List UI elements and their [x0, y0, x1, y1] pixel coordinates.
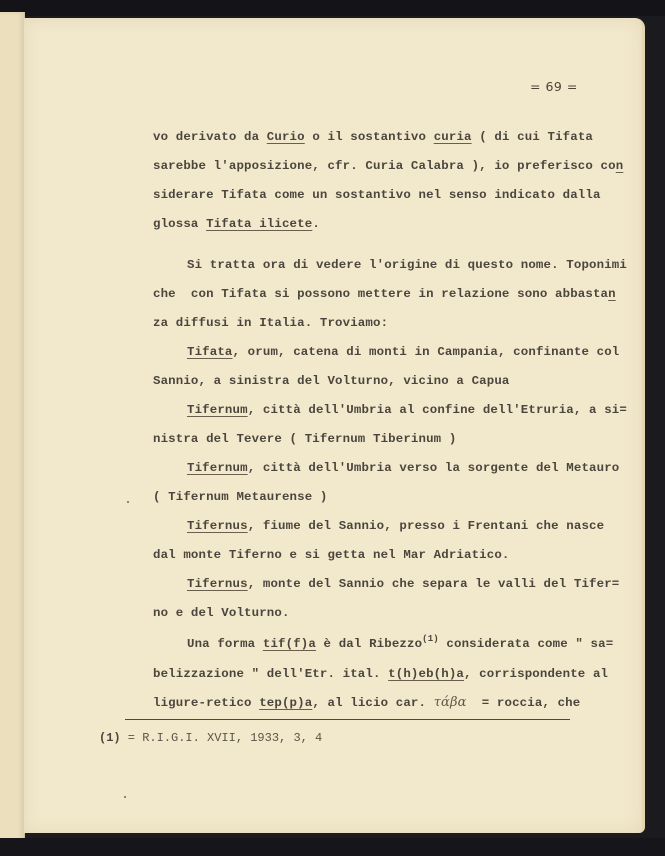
page-number: = 69 = — [530, 79, 578, 94]
scan-background-bottom — [0, 838, 665, 856]
paper-speck — [124, 796, 126, 798]
text-line: Tifernum, città dell'Umbria al confine d… — [187, 402, 627, 418]
scan-background-top — [0, 0, 665, 16]
text-line: Tifata, orum, catena di monti in Campani… — [187, 344, 619, 360]
text-span: . — [312, 217, 320, 231]
text-span: , fiume del Sannio, presso i Frentani ch… — [248, 519, 605, 533]
text-line: Tifernus, fiume del Sannio, presso i Fre… — [187, 518, 604, 534]
underlined-term-tifernus: Tifernus — [187, 519, 248, 533]
footnote-mark: (1) — [99, 731, 121, 745]
underlined-term-tiffa: tif(f)a — [263, 637, 316, 651]
text-span: che con Tifata si possono mettere in rel… — [153, 287, 608, 301]
facing-page-edge — [0, 12, 25, 844]
underlined-term-tifata: Tifata — [187, 345, 233, 359]
underlined-term-teppa: tep(p)a — [259, 696, 312, 710]
text-span: glossa — [153, 217, 206, 231]
underlined-term-thebha: t(h)eb(h)a — [388, 667, 464, 681]
text-span: , corrispondente al — [464, 667, 608, 681]
footnote-text: = R.I.G.I. XVII, 1933, 3, 4 — [121, 731, 323, 745]
underlined-letter: n — [608, 287, 616, 301]
footnote-reference: (1) — [422, 634, 439, 644]
text-span: , città dell'Umbria verso la sorgente de… — [248, 461, 620, 475]
text-span: , al licio car. — [312, 696, 433, 710]
text-line: Si tratta ora di vedere l'origine di que… — [187, 257, 627, 273]
text-line: no e del Volturno. — [153, 605, 290, 621]
text-span: = roccia, che — [467, 696, 581, 710]
typewritten-page: = 69 = vo derivato da Curio o il sostant… — [24, 18, 645, 833]
text-line: Una forma tif(f)a è dal Ribezzo(1) consi… — [187, 636, 613, 652]
text-span: ligure-retico — [153, 696, 259, 710]
text-span: vo derivato da — [153, 130, 267, 144]
underlined-term-curia: curia — [434, 130, 472, 144]
text-line: Sannio, a sinistra del Volturno, vicino … — [153, 373, 510, 389]
underlined-term-tifata-ilicete: Tifata ilicete — [206, 217, 312, 231]
text-span: , città dell'Umbria al confine dell'Etru… — [248, 403, 627, 417]
text-line: nistra del Tevere ( Tifernum Tiberinum ) — [153, 431, 456, 447]
text-line: Tifernum, città dell'Umbria verso la sor… — [187, 460, 619, 476]
text-span: , monte del Sannio che separa le valli d… — [248, 577, 620, 591]
text-line: vo derivato da Curio o il sostantivo cur… — [153, 129, 593, 145]
footnote-separator — [125, 719, 570, 720]
text-line: Tifernus, monte del Sannio che separa le… — [187, 576, 619, 592]
paper-speck — [127, 501, 129, 503]
underlined-letter: n — [616, 159, 624, 173]
text-line: belizzazione " dell'Etr. ital. t(h)eb(h)… — [153, 666, 608, 682]
text-line: ( Tifernum Metaurense ) — [153, 489, 327, 505]
text-span: è dal Ribezzo — [316, 637, 422, 651]
text-span: sarebbe l'apposizione, cfr. Curia Calabr… — [153, 159, 616, 173]
underlined-term-tifernum: Tifernum — [187, 403, 248, 417]
text-line: sarebbe l'apposizione, cfr. Curia Calabr… — [153, 158, 623, 174]
text-line: za diffusi in Italia. Troviamo: — [153, 315, 388, 331]
text-span: o il sostantivo — [305, 130, 434, 144]
underlined-term-tifernum: Tifernum — [187, 461, 248, 475]
text-line: che con Tifata si possono mettere in rel… — [153, 286, 616, 302]
text-line: siderare Tifata come un sostantivo nel s… — [153, 187, 601, 203]
footnote: (1) = R.I.G.I. XVII, 1933, 3, 4 — [99, 731, 322, 745]
text-span: , orum, catena di monti in Campania, con… — [233, 345, 620, 359]
text-span: considerata come " sa= — [439, 637, 613, 651]
underlined-term-tifernus: Tifernus — [187, 577, 248, 591]
text-span: ( di cui Tifata — [472, 130, 593, 144]
text-line: ligure-retico tep(p)a, al licio car. τάβ… — [153, 695, 580, 711]
text-span: Una forma — [187, 637, 263, 651]
handwritten-greek-word: τάβα — [434, 695, 467, 710]
text-line: dal monte Tiferno e si getta nel Mar Adr… — [153, 547, 510, 563]
underlined-term-curio: Curio — [267, 130, 305, 144]
text-line: glossa Tifata ilicete. — [153, 216, 320, 232]
text-span: belizzazione " dell'Etr. ital. — [153, 667, 388, 681]
